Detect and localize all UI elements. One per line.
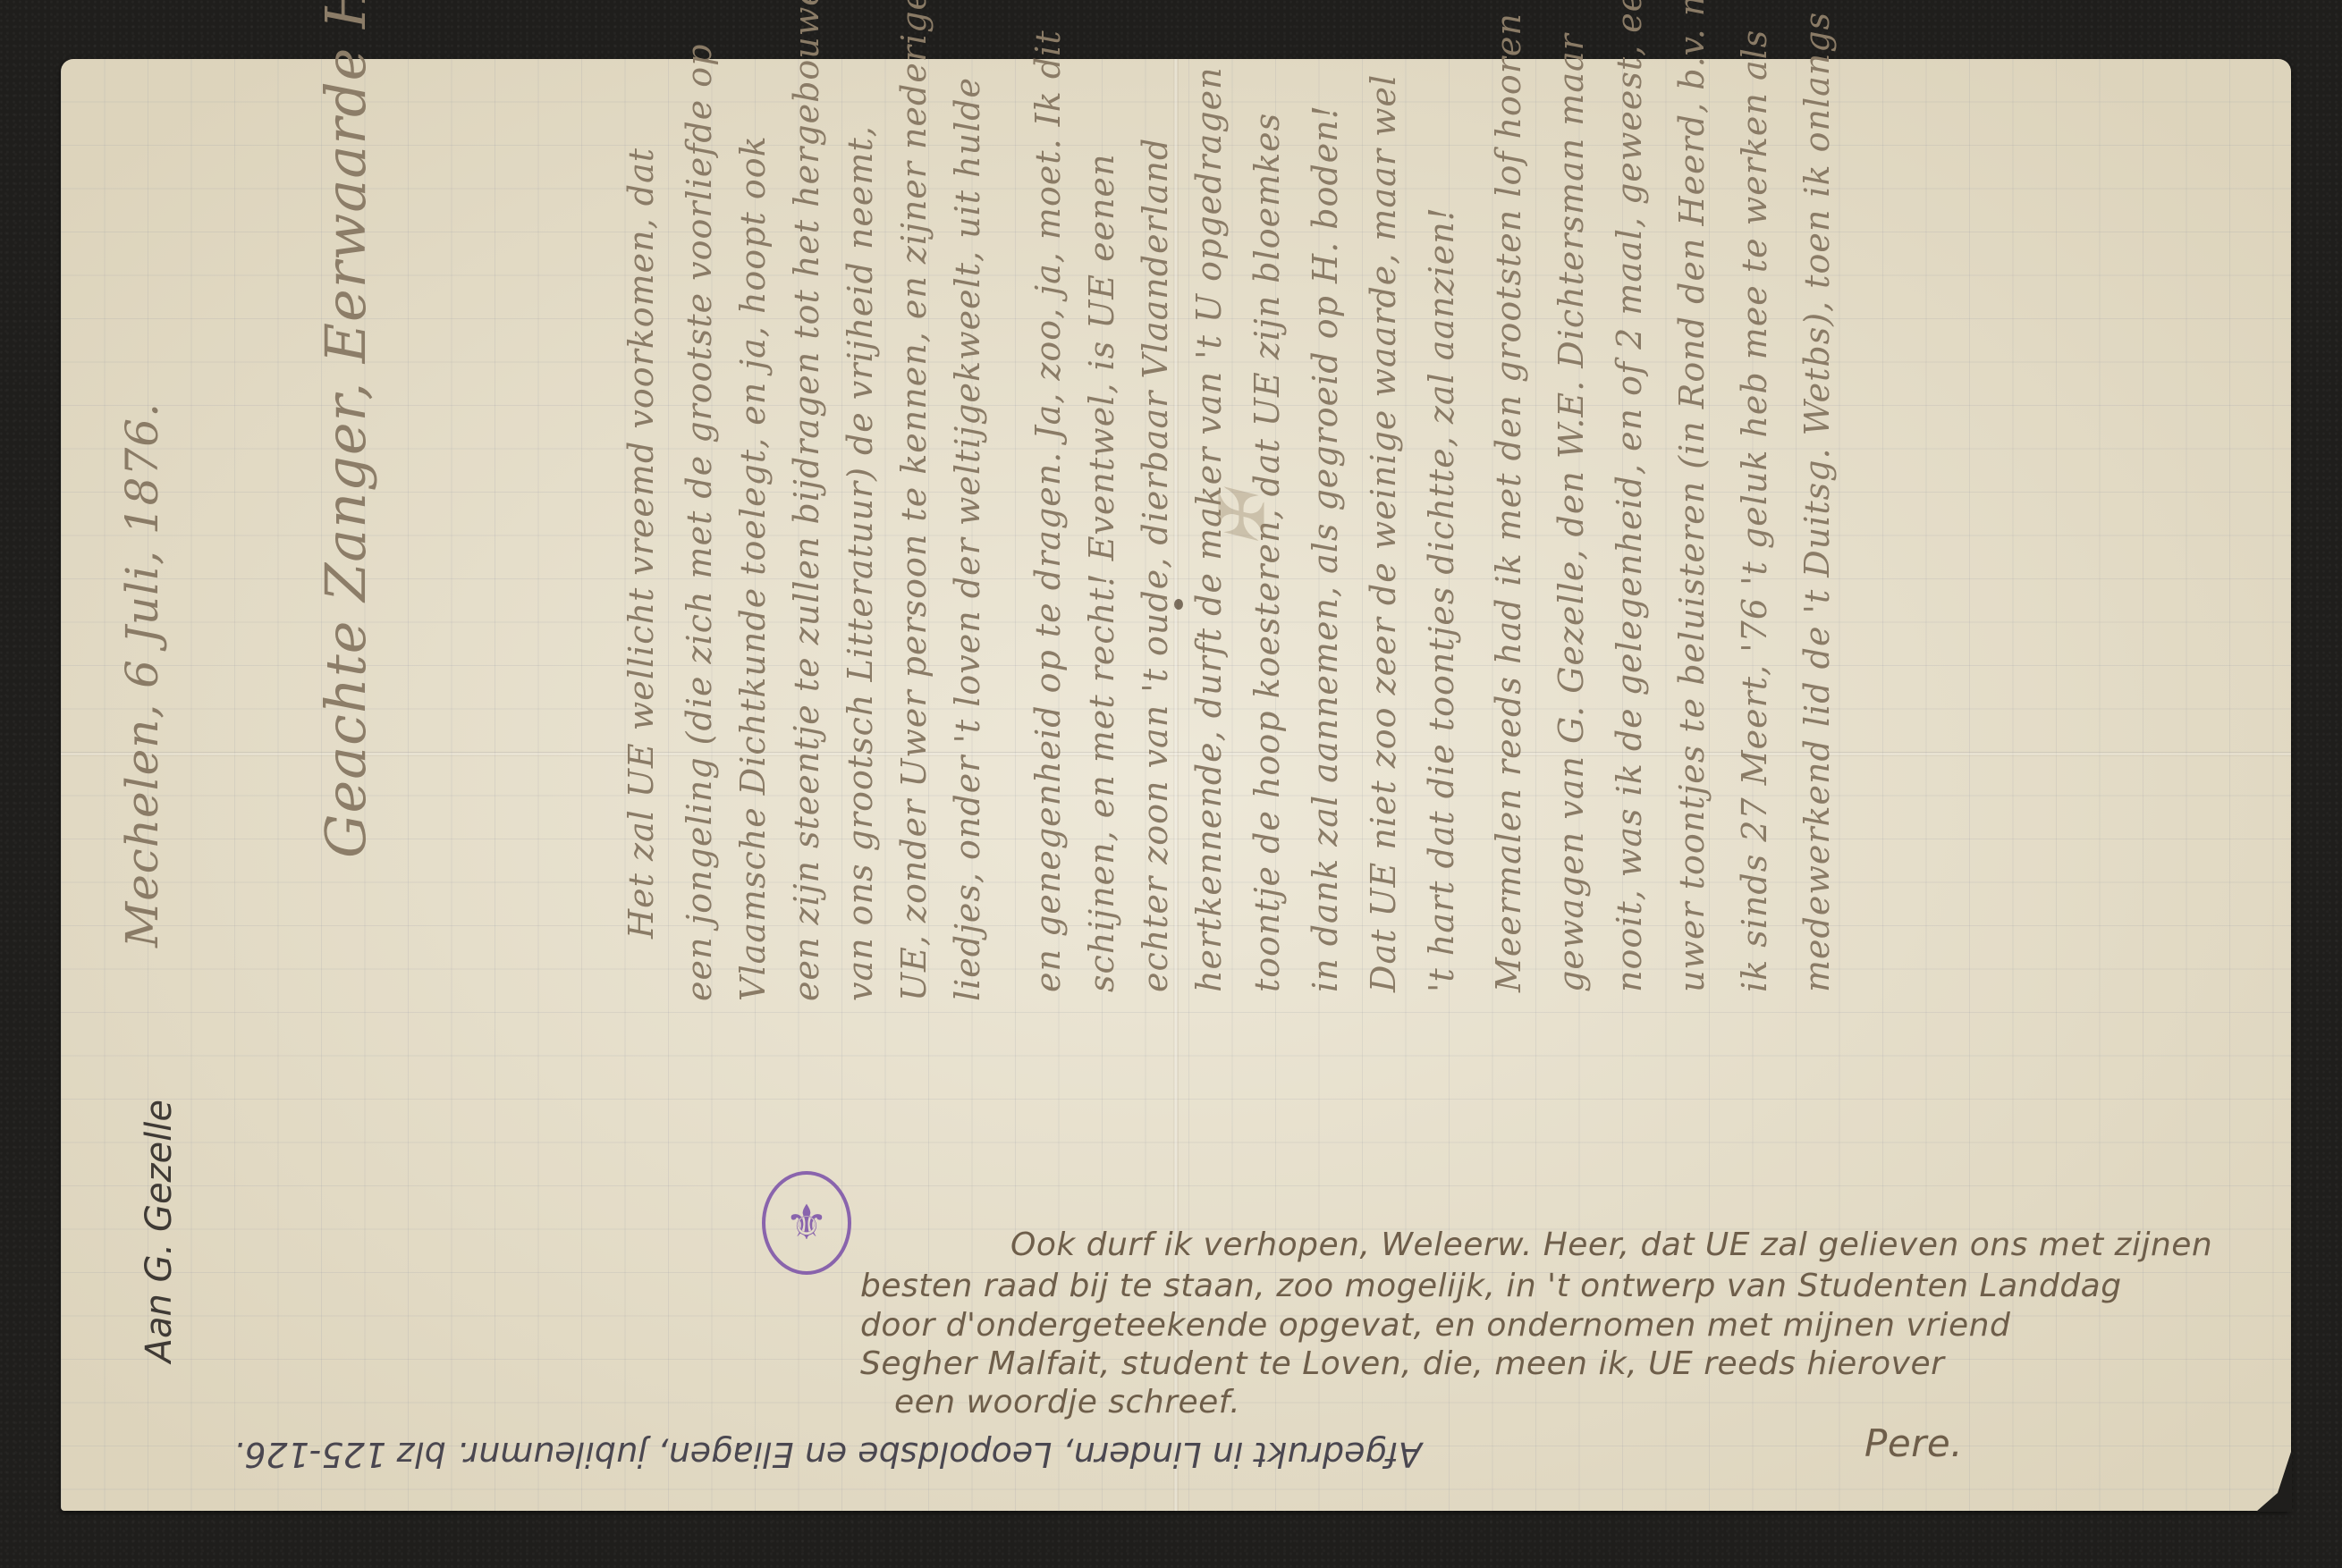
- library-stamp: ⚜: [762, 1171, 851, 1275]
- body-line-15: 't hart dat die toontjes dichtte, zal aa…: [1422, 207, 1461, 992]
- torn-corner: [2256, 1449, 2292, 1512]
- body-line-21: medewerkend lid de 't Duitsg. Wetbs), to…: [1797, 0, 1837, 992]
- postscript-line-5: een woordje schreef.: [894, 1384, 1240, 1420]
- place-date-line: Mechelen, 6 Juli, 1876.: [116, 402, 168, 948]
- body-line-20: ik sinds 27 Meert, '76 't geluk heb mee …: [1735, 30, 1774, 992]
- archival-note: Afgedrukt in Lindern, Leopoldsbe en Elia…: [259, 1435, 1422, 1474]
- margin-annotation: Aan G. Gezelle: [139, 1100, 180, 1362]
- body-line-17: gewagen van G. Gezelle, den W.E. Dichter…: [1551, 33, 1591, 992]
- body-line-2: een jongeling (die zich met de grootste …: [680, 43, 719, 1001]
- postscript-line-2: besten raad bij te staan, zoo mogelijk, …: [860, 1268, 2122, 1304]
- body-line-10: echter zoon van 't oude, dierbaar Vlaand…: [1136, 138, 1175, 992]
- ink-blot: [1174, 599, 1183, 610]
- body-line-7: liedjes, onder 't loven der weltijgekwee…: [948, 77, 987, 1001]
- body-line-18: nooit, was ik de gelegenheid, en of 2 ma…: [1610, 0, 1649, 992]
- horizontal-fold-crease: [61, 752, 2291, 756]
- body-line-14: Dat UE niet zoo zeer de weinige waarde, …: [1364, 74, 1403, 992]
- body-line-8: en genegenheid op te dragen. Ja, zoo, ja…: [1028, 30, 1068, 992]
- fleur-de-lis-icon: ⚜: [785, 1199, 828, 1247]
- postscript-line-4: Segher Malfait, student te Loven, die, m…: [860, 1345, 1944, 1382]
- body-line-3: Vlaamsche Dichtkunde toelegt, en ja, hoo…: [733, 135, 773, 1001]
- body-line-12: toontje de hoop koesteren, dat UE zijn b…: [1247, 113, 1287, 992]
- faint-offset-mark: ✠: [1205, 493, 1279, 546]
- postscript-line-3: door d'ondergeteekende opgevat, en onder…: [860, 1307, 2010, 1344]
- body-line-4: een zijn steentje te zullen bijdragen to…: [787, 0, 826, 1001]
- body-line-5: van ons grootsch Litteratuur) de vrijhei…: [841, 125, 880, 1001]
- body-line-16: Meermalen reeds had ik met den grootsten…: [1489, 13, 1528, 992]
- salutation: Geachte Zanger, Eerwaarde Heer,: [313, 0, 378, 858]
- closing-signature: Pere.: [1864, 1421, 1963, 1465]
- body-line-13: in dank zal aannemen, als gegroeid op H.…: [1306, 105, 1345, 992]
- body-line-1: Het zal UE wellicht vreemd voorkomen, da…: [621, 148, 661, 939]
- body-line-9: schijnen, en met recht! Eventwel, is UE …: [1082, 154, 1121, 992]
- postscript-line-1: Ook durf ik verhopen, Weleerw. Heer, dat…: [1010, 1227, 2212, 1263]
- body-line-6: UE, zonder Uwer persoon te kennen, en zi…: [894, 0, 934, 1001]
- body-line-19: uwer toontjes te beluisteren (in Rond de…: [1672, 0, 1712, 992]
